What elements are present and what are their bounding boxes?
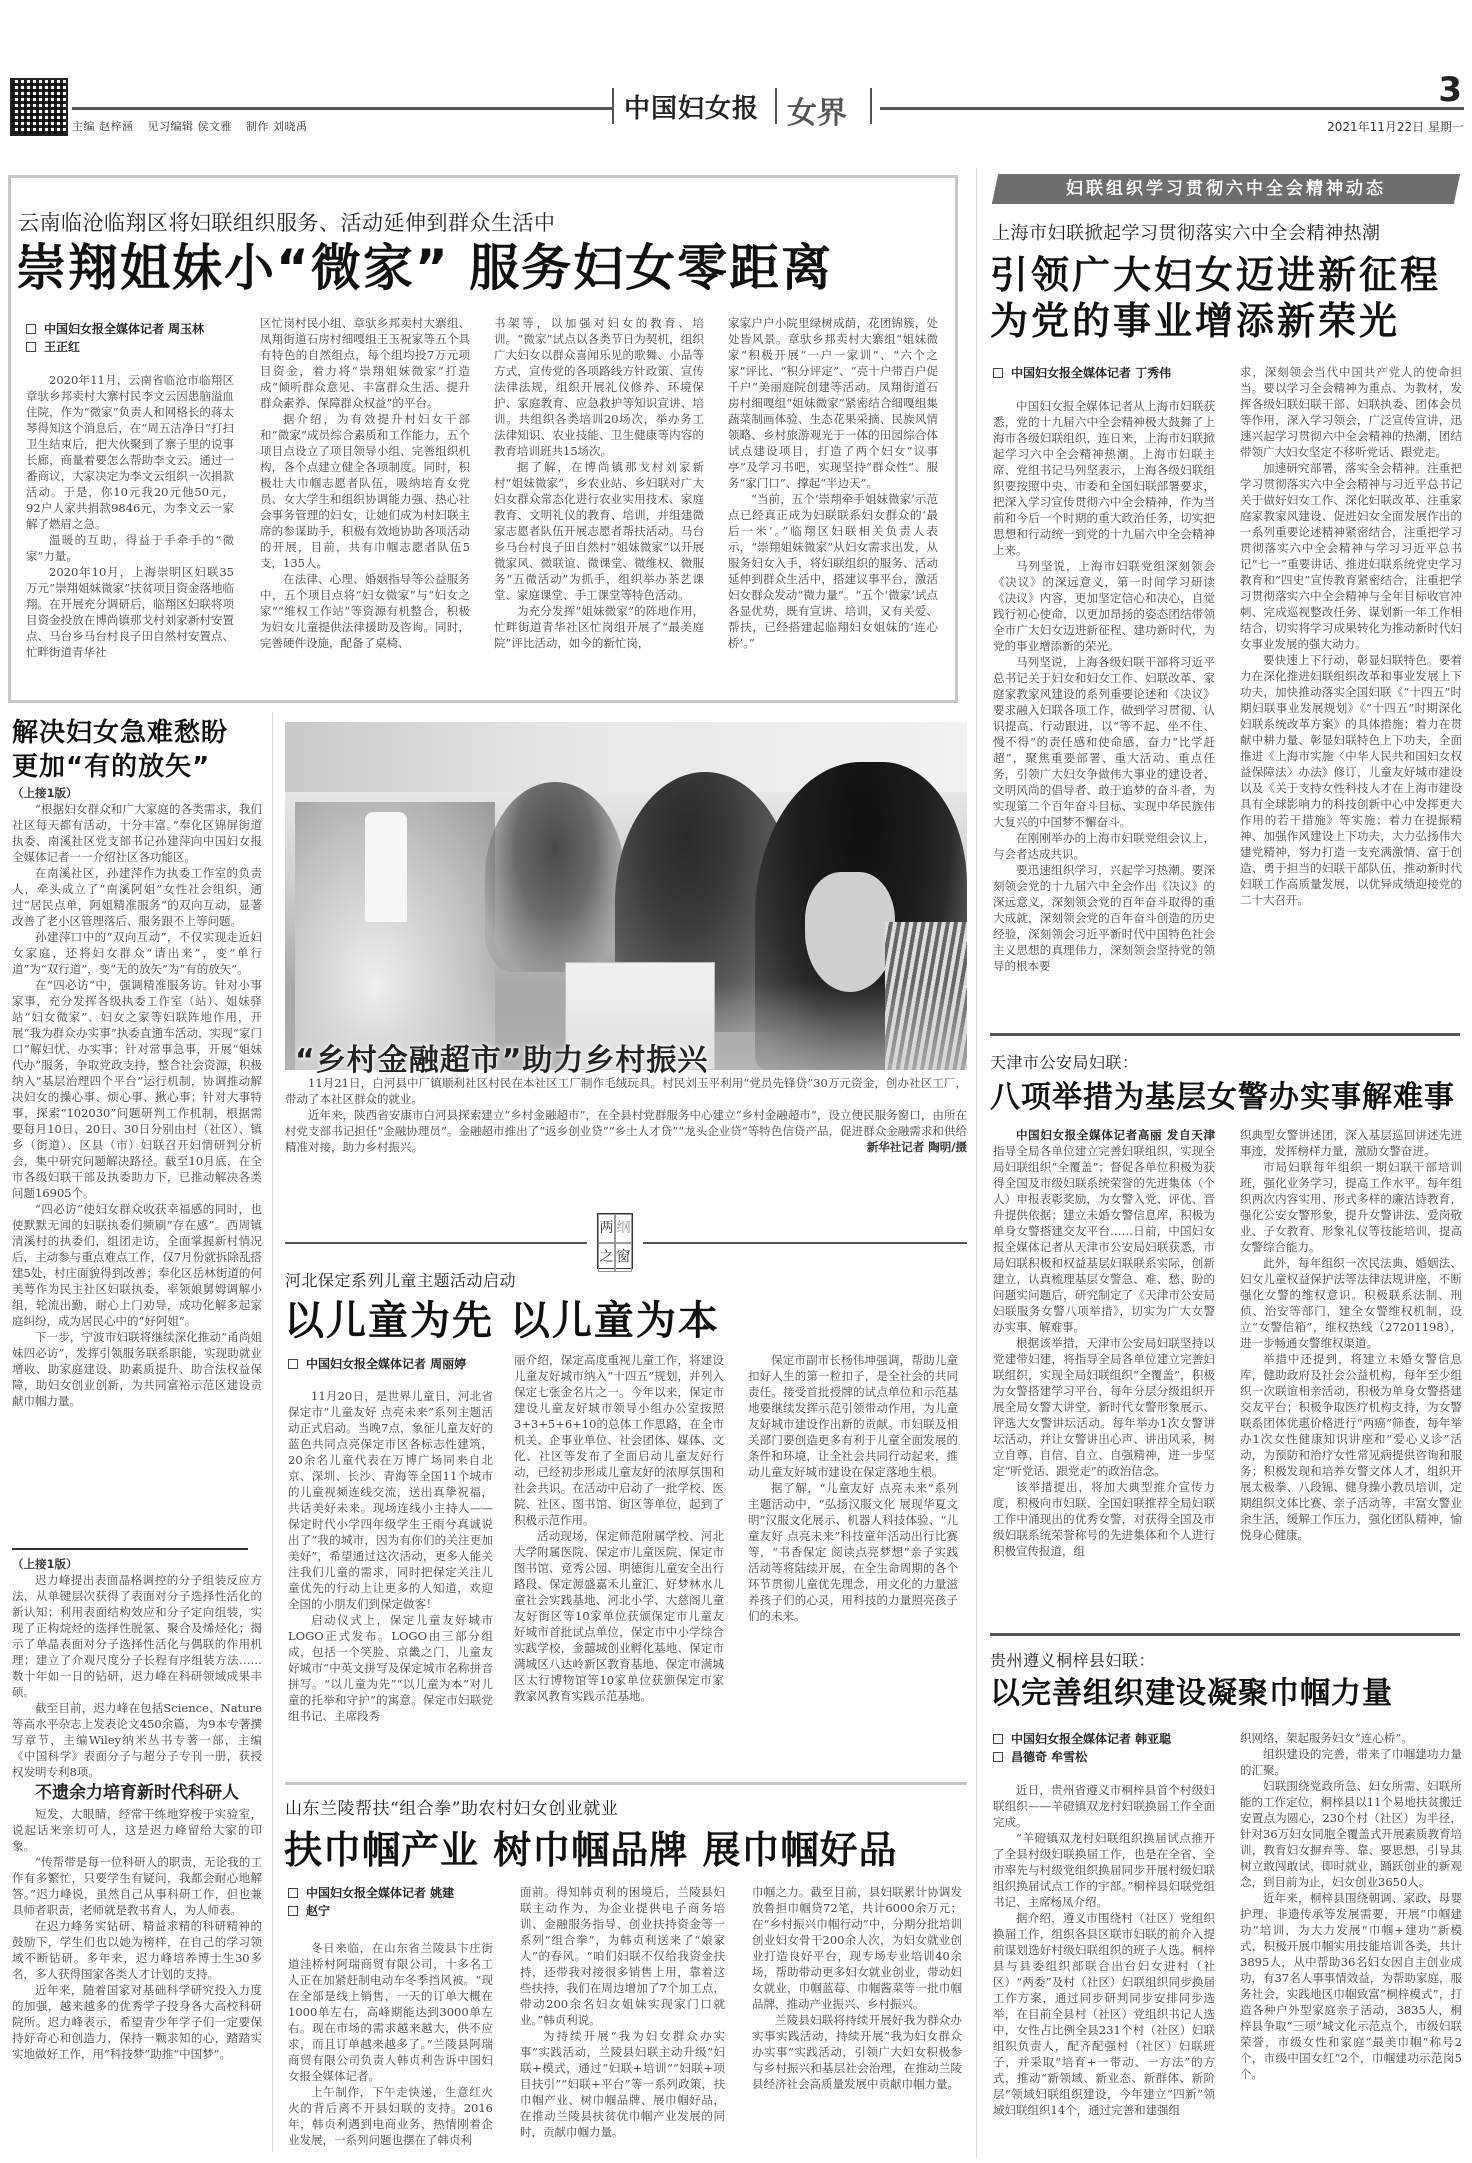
masthead-rule-right <box>880 107 1464 110</box>
tianjin-kicker: 天津市公安局妇联： <box>990 1050 1139 1073</box>
issue-date: 2021年11月22日 星期一 <box>1327 118 1464 135</box>
shanghai-column-1: 中国妇女报全媒体记者从上海市妇联获悉，党的十九届六中全会精神极大鼓舞了上海市各级… <box>993 398 1215 998</box>
divider <box>285 1242 587 1244</box>
tianjin-column-1: 中国妇女报全媒体记者高丽 发自天津 指导全局各单位建立完善妇联组织，实现全局妇联… <box>993 1127 1215 1617</box>
shandong-column-1: 冬日来临，在山东省兰陵县卞庄街道洼桥村阿瑞商贸有限公司，十多名工人正在加紧赶制电… <box>288 1940 493 2160</box>
left-story-body: （上接1版） “根据妇女群众和广大家庭的各类需求，我们社区每天都有活动，十分丰富… <box>12 785 262 1475</box>
guizhou-column-1: 近日，贵州省遵义市桐梓县首个村级妇联组织——羊磴镇双龙村妇联换届工作全面完成。“… <box>993 1782 1215 2160</box>
left-story-2-subheading: 不遗余力培育新时代科研人 <box>12 1785 262 1801</box>
guizhou-bylines: 中国妇女报全媒体记者 韩亚聪 昌德奇 牟雪松 <box>993 1730 1171 1766</box>
photo-caption: 11月21日，白河县中厂镇顺利社区村民在本社区工厂制作毛绒玩具。村民刘玉平利用“… <box>285 1075 967 1165</box>
square-bullet-icon <box>288 1359 298 1369</box>
divider <box>12 1548 248 1550</box>
newspaper-brand: 中国妇女报 <box>624 88 759 125</box>
photo-overlay-title: “乡村金融超市”助力乡村振兴 <box>295 1035 708 1079</box>
lead-kicker: 云南临沧临翔区将妇联组织服务、活动延伸到群众生活中 <box>18 207 556 237</box>
column-rule <box>272 712 273 2152</box>
shanghai-kicker: 上海市妇联掀起学习贯彻落实六中全会精神热潮 <box>992 219 1381 245</box>
square-bullet-icon <box>288 1906 298 1916</box>
children-column-3: 保定市副市长杨伟坤强调，帮助儿童扣好人生的第一粒扣子，是全社会的共同责任。接受首… <box>748 1352 958 1768</box>
qr-code <box>10 78 68 136</box>
masthead-divider <box>870 88 872 124</box>
shanghai-byline: 中国妇女报全媒体记者 丁秀伟 <box>993 364 1171 382</box>
square-bullet-icon <box>993 368 1003 378</box>
tianjin-dateline: 中国妇女报全媒体记者高丽 发自天津 <box>1016 1128 1215 1142</box>
shandong-column-3: 巾帼之力。截至目前，县妇联累计协调发放鲁担巾帼贷72笔，共计6000余万元；在“… <box>752 1884 962 2160</box>
masthead-divider <box>612 88 614 124</box>
square-bullet-icon <box>26 324 36 334</box>
divider <box>643 1242 967 1244</box>
children-column-2: 丽介绍，保定高度重视儿童工作，将建设儿童友好城市纳入“十四五”规划，并列入保定七… <box>514 1352 724 1768</box>
credit-producer: 制作 刘晓禹 <box>246 120 308 133</box>
credit-editor: 见习编辑 侯文雅 <box>148 120 233 133</box>
square-bullet-icon <box>993 1734 1003 1744</box>
shandong-column-2: 面前。得知韩贞利的困境后，兰陵县妇联主动作为，为企业提供电子商务培训、金融服务指… <box>520 1884 725 2160</box>
shandong-headline: 扶巾帼产业 树巾帼品牌 展巾帼好品 <box>284 1826 897 1874</box>
shanghai-column-2: 求，深刻领会当代中国共产党人的使命担当。要以学习全会精神为重点、为教材，发挥各级… <box>1240 364 1462 998</box>
masthead-divider <box>775 88 777 124</box>
divider <box>990 1633 1460 1636</box>
shanghai-headline: 引领广大妇女迈进新征程 为党的事业增添新荣光 <box>990 252 1441 344</box>
guizhou-column-2: 织网络，架起服务妇女“连心桥”。组织建设的完善，带来了巾帼建功力量的汇聚。妇联围… <box>1240 1730 1462 2160</box>
editor-credits: 主编 赵梓涵 见习编辑 侯文雅 制作 刘晓禹 <box>72 118 318 134</box>
square-bullet-icon <box>993 1752 1003 1762</box>
children-headline: 以儿童为先 以儿童为本 <box>284 1296 720 1346</box>
guizhou-kicker: 贵州遵义桐梓县妇联： <box>990 1648 1155 1671</box>
shandong-bylines: 中国妇女报全媒体记者 姚建 赵宁 <box>288 1884 454 1920</box>
children-column-1: 11月20日，是世界儿童日，河北省保定市“儿童友好 点亮未来”系列主题活动正式启… <box>288 1388 493 1768</box>
lead-bylines: 中国妇女报全媒体记者 周玉林 王正红 <box>26 320 204 356</box>
children-byline: 中国妇女报全媒体记者 周丽婷 <box>288 1355 466 1373</box>
square-bullet-icon <box>26 342 36 352</box>
byline: 中国妇女报全媒体记者 周玉林 <box>26 320 204 338</box>
square-bullet-icon <box>288 1888 298 1898</box>
section-badge-two-outlines: 两纲 之窗 <box>597 1213 633 1269</box>
lead-headline: 崇翔姐妹小“微家” 服务妇女零距离 <box>16 238 833 298</box>
children-kicker: 河北保定系列儿童主题活动启动 <box>285 1268 516 1291</box>
byline: 王正红 <box>26 338 204 356</box>
tianjin-headline: 八项举措为基层女警办实事解难事 <box>990 1078 1455 1118</box>
page-number: 3 <box>1438 70 1462 110</box>
credit-chief-editor: 主编 赵梓涵 <box>72 120 134 133</box>
tianjin-column-2: 织典型女警讲述团，深入基层巡回讲述先进事迹，发挥榜样力量，激励女警奋进。市局妇联… <box>1240 1127 1462 1617</box>
section-name: 女界 <box>787 88 847 132</box>
lead-column-1: 2020年11月，云南省临沧市临翔区章驮乡邦卖村大寨村民李文云因患脑溢血住院，作… <box>26 372 234 690</box>
lead-column-2: 区忙岗村民小组、章驮乡邦卖村大寨组、凤翔街道石房村细嘎组王玉祝家等五个具有特色的… <box>260 315 470 690</box>
lead-column-3: 书架等，以加强对妇女的教育、培训。“微家”试点以各类节日为契机，组织广大妇女以群… <box>494 315 704 690</box>
lead-column-4: 家家户户小院里绿树成荫，花团锦簇，处处皆风景。章驮乡邦卖村大寨组“姐妹微家”积极… <box>728 315 938 690</box>
photo-sewing-workers <box>285 722 967 1070</box>
left-story-2-body: （上接1版） 迟力峰提出表面晶格调控的分子组装反应方法，从单键层次获得了表面对分… <box>12 1556 262 2156</box>
divider <box>990 1033 1460 1036</box>
masthead-rule-left <box>72 107 612 110</box>
shandong-kicker: 山东兰陵帮扶“组合拳”助农村妇女创业就业 <box>285 1794 618 1819</box>
left-story-headline: 解决妇女急难愁盼 更加“有的放矢” <box>12 716 228 784</box>
guizhou-headline: 以完善组织建设凝聚巾帼力量 <box>990 1674 1393 1714</box>
column-rule <box>976 168 977 2158</box>
section-banner: 妇联组织学习贯彻六中全会精神动态 <box>995 174 1457 204</box>
divider <box>285 1782 967 1785</box>
